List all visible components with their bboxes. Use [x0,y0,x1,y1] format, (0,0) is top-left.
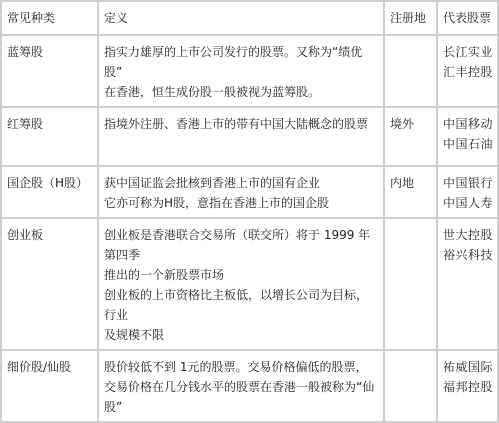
stock-name: 汇丰控股 [443,62,493,82]
header-type: 常见种类 [1,1,98,35]
stock-name: 中国银行 [443,173,493,193]
cell-stocks: 长江实业 汇丰控股 [437,35,498,107]
definition-line: 指境外注册、香港上市的带有中国大陆概念的股票 [104,114,379,134]
definition-line: 创业板的上市资格比主板低，以增长公司为目标，行业 [104,285,379,325]
cell-type: 蓝筹股 [1,35,98,107]
table-row: 蓝筹股 指实力雄厚的上市公司发行的股票。又称为“绩优股” 在香港，恒生成份股一般… [1,35,498,107]
stock-name: 中国人寿 [443,193,493,213]
cell-registration: 境外 [384,107,437,166]
cell-type: 国企股（H股） [1,166,98,218]
cell-stocks: 中国银行 中国人寿 [437,166,498,218]
definition-line: 它亦可称为H股，意指在香港上市的国企股 [104,193,379,213]
table-row: 创业板 创业板是香港联合交易所（联交所）将于 1999 年第四季 推出的一个新股… [1,218,498,350]
definition-line: 指实力雄厚的上市公司发行的股票。又称为“绩优股” [104,42,379,82]
cell-stocks: 祐威国际 福邦控股 [437,350,498,361]
header-registration: 注册地 [384,1,437,35]
cell-type: 创业板 [1,218,98,350]
cell-type: 红筹股 [1,107,98,166]
stock-name: 长江实业 [443,42,493,62]
cell-definition: 股价较低不到 1元的股票。交易价格偏低的股票， 交易价格在几分钱水平的股票在香港… [98,350,384,361]
definition-line: 及规模不限 [104,325,379,345]
cell-definition: 指境外注册、香港上市的带有中国大陆概念的股票 [98,107,384,166]
stock-name: 中国石油 [443,134,493,154]
definition-line: 股价较低不到 1元的股票。交易价格偏低的股票， [104,357,379,361]
cell-registration [384,35,437,107]
header-definition: 定义 [98,1,384,35]
cell-type: 细价股/仙股 [1,350,98,361]
stock-types-table: 常见种类 定义 注册地 代表股票 蓝筹股 指实力雄厚的上市公司发行的股票。又称为… [0,0,499,361]
definition-line: 获中国证监会批核到香港上市的国有企业 [104,173,379,193]
cell-definition: 指实力雄厚的上市公司发行的股票。又称为“绩优股” 在香港，恒生成份股一般被视为蓝… [98,35,384,107]
stock-name: 中国移动 [443,114,493,134]
stock-name: 世大控股 [443,225,493,245]
cell-definition: 获中国证监会批核到香港上市的国有企业 它亦可称为H股，意指在香港上市的国企股 [98,166,384,218]
stock-types-table-container: 常见种类 定义 注册地 代表股票 蓝筹股 指实力雄厚的上市公司发行的股票。又称为… [0,0,497,358]
table-header-row: 常见种类 定义 注册地 代表股票 [1,1,498,35]
stock-name: 裕兴科技 [443,245,493,265]
header-stocks: 代表股票 [437,1,498,35]
definition-line: 推出的一个新股票市场 [104,265,379,285]
table-row: 细价股/仙股 股价较低不到 1元的股票。交易价格偏低的股票， 交易价格在几分钱水… [1,350,498,361]
table-row: 国企股（H股） 获中国证监会批核到香港上市的国有企业 它亦可称为H股，意指在香港… [1,166,498,218]
cell-definition: 创业板是香港联合交易所（联交所）将于 1999 年第四季 推出的一个新股票市场 … [98,218,384,350]
cell-stocks: 世大控股 裕兴科技 [437,218,498,350]
definition-line: 创业板是香港联合交易所（联交所）将于 1999 年第四季 [104,225,379,265]
table-row: 红筹股 指境外注册、香港上市的带有中国大陆概念的股票 境外 中国移动 中国石油 [1,107,498,166]
cell-registration [384,350,437,361]
cell-stocks: 中国移动 中国石油 [437,107,498,166]
definition-line: 在香港，恒生成份股一般被视为蓝筹股。 [104,82,379,102]
cell-registration: 内地 [384,166,437,218]
stock-name: 祐威国际 [443,357,493,361]
cell-registration [384,218,437,350]
